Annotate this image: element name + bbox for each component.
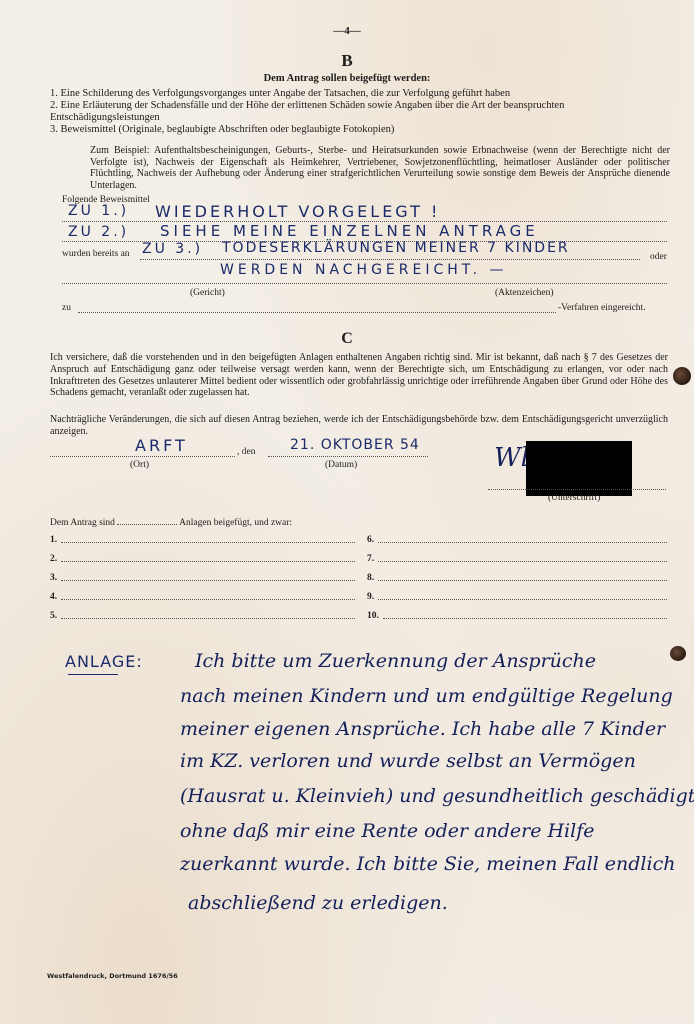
anlage-line: ohne daß mir eine Rente oder andere Hilf… (180, 820, 594, 842)
verfahren-label: -Verfahren eingereicht. (558, 302, 646, 314)
anlage-line: nach meinen Kindern und um endgültige Re… (180, 685, 673, 707)
page-number: —4— (0, 25, 694, 37)
gericht-aktenzeichen-line[interactable] (62, 283, 667, 284)
attachments-intro: Dem Antrag sind Anlagen beigefügt, und z… (50, 517, 292, 529)
attachment-number: 10. (367, 610, 379, 622)
printer-imprint: Westfalendruck, Dortmund 1676/56 (47, 972, 178, 980)
attachment-number: 9. (367, 591, 374, 603)
anlage-line: Ich bitte um Zuerkennung der Ansprüche (195, 650, 596, 672)
attachment-row: 7. (367, 553, 667, 565)
attachment-field[interactable] (378, 599, 667, 600)
anlage-line: abschließend zu erledigen. (188, 892, 448, 914)
date-value: 21. OKTOBER 54 (290, 437, 420, 453)
anlage-label: ANLAGE: (65, 652, 143, 671)
ort-label: (Ort) (130, 459, 149, 471)
declaration-text: Ich versichere, daß die vorstehenden und… (50, 352, 668, 399)
attachment-number: 1. (50, 534, 57, 546)
zu-label: zu (62, 302, 71, 314)
attachment-row: 4. (50, 591, 355, 603)
attachment-field[interactable] (61, 599, 355, 600)
anlage-line: zuerkannt wurde. Ich bitte Sie, meinen F… (180, 853, 675, 875)
den-label: , den (237, 446, 255, 458)
attachment-row: 2. (50, 553, 355, 565)
aktenzeichen-label: (Aktenzeichen) (495, 287, 554, 299)
oder-label: oder (650, 251, 667, 263)
attachment-row: 6. (367, 534, 667, 546)
attachment-number: 7. (367, 553, 374, 565)
handwritten-line-2: SIEHE MEINE EINZELNEN ANTRAGE (160, 222, 539, 240)
attachment-number: 2. (50, 553, 57, 565)
signature-line[interactable] (488, 489, 666, 490)
attachment-field[interactable] (383, 618, 667, 619)
attachment-row: 10. (367, 610, 667, 622)
section-c-heading: C (0, 331, 694, 347)
required-item-1: 1. Eine Schilderung des Verfolgungsvorga… (50, 88, 670, 100)
attachment-number: 5. (50, 610, 57, 622)
anlage-underline (68, 674, 118, 675)
attachment-field[interactable] (378, 542, 667, 543)
handwritten-line-1: WIEDERHOLT VORGELEGT ! (155, 202, 440, 221)
signature-visible: Wl (494, 443, 529, 473)
gericht-label: (Gericht) (190, 287, 225, 299)
punch-hole-upper (673, 367, 691, 385)
place-value: ARFT (135, 436, 188, 455)
anlage-line: (Hausrat u. Kleinvieh) und gesundheitlic… (180, 785, 694, 807)
required-item-2: 2. Eine Erläuterung der Schadensfälle un… (50, 100, 675, 124)
anlage-line: im KZ. verloren und wurde selbst an Verm… (180, 750, 636, 772)
behoerde-line[interactable] (140, 259, 640, 260)
place-line[interactable] (50, 456, 235, 457)
anlage-line: meiner eigenen Ansprüche. Ich habe alle … (180, 718, 665, 740)
handwritten-prefix-2: ZU 2.) (68, 224, 129, 240)
submitted-label: wurden bereits an (62, 248, 130, 260)
changes-notice: Nachträgliche Veränderungen, die sich au… (50, 414, 668, 438)
attachment-row: 9. (367, 591, 667, 603)
example-text: Zum Beispiel: Aufenthaltsbescheinigungen… (90, 145, 670, 191)
attachment-row: 8. (367, 572, 667, 584)
attachment-number: 8. (367, 572, 374, 584)
attachment-number: 4. (50, 591, 57, 603)
date-line[interactable] (268, 456, 428, 457)
signature-label: (Unterschrift) (548, 492, 600, 504)
attachments-count-field[interactable] (117, 524, 177, 525)
verfahren-line[interactable] (78, 312, 556, 313)
attachment-field[interactable] (61, 580, 355, 581)
attachment-row: 3. (50, 572, 355, 584)
attachment-field[interactable] (61, 542, 355, 543)
handwritten-line-3: TODESERKLÄRUNGEN MEINER 7 KINDER (222, 240, 570, 256)
redaction-box (526, 441, 632, 496)
attachment-field[interactable] (61, 561, 355, 562)
attachment-field[interactable] (378, 561, 667, 562)
attachment-row: 5. (50, 610, 355, 622)
handwritten-line-4: WERDEN NACHGEREICHT. — (220, 262, 508, 278)
attachment-field[interactable] (61, 618, 355, 619)
datum-label: (Datum) (325, 459, 357, 471)
section-b-heading: B (0, 52, 694, 70)
attachment-number: 3. (50, 572, 57, 584)
attachment-field[interactable] (378, 580, 667, 581)
punch-hole-lower (670, 646, 686, 661)
handwritten-prefix-1: ZU 1.) (68, 203, 129, 219)
handwritten-prefix-3: ZU 3.) (142, 241, 203, 257)
attachment-number: 6. (367, 534, 374, 546)
required-item-3: 3. Beweismittel (Originale, beglaubigte … (50, 124, 670, 136)
attachment-row: 1. (50, 534, 355, 546)
section-b-subheading: Dem Antrag sollen beigefügt werden: (0, 73, 694, 85)
